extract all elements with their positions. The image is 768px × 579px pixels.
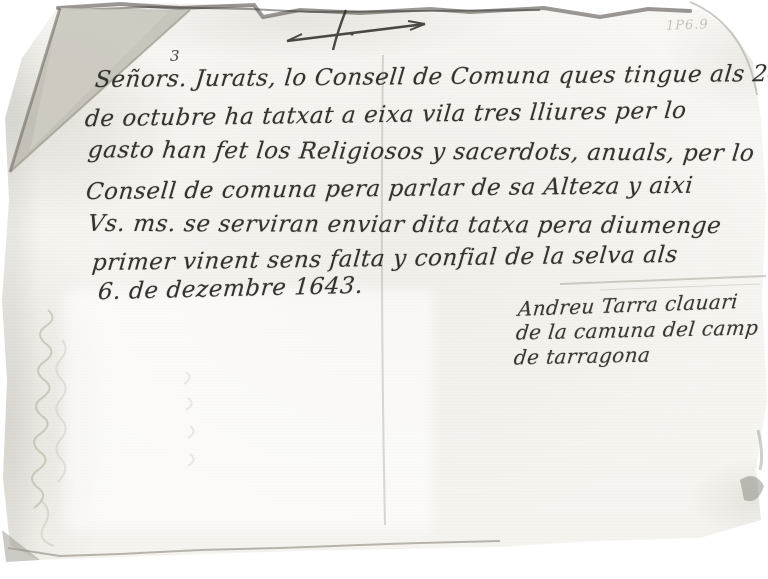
archival-pencil-mark: 1P6.9 [666,17,709,33]
superscript-flourish: 3 [170,47,180,65]
right-edge-mark [758,430,762,470]
signature-line-3: de tarragona [513,343,652,370]
right-edge-smudge [740,476,764,501]
manuscript-scan: 1P6.9 3 Señors. Jurats, lo Consell de Co… [0,0,768,579]
bottom-left-smudge [2,530,40,562]
signature-line-2: de la camuna del camp [515,315,760,344]
verso-bleedthrough-writing [32,310,194,546]
torn-bottom-edge [8,541,500,556]
body-line-3: gasto han fet los Religiosos y sacerdots… [87,137,756,166]
cross-mark [287,10,425,50]
horizontal-crease [560,276,766,284]
body-line-5: Vs. ms. se serviran enviar dita tatxa pe… [87,211,723,239]
